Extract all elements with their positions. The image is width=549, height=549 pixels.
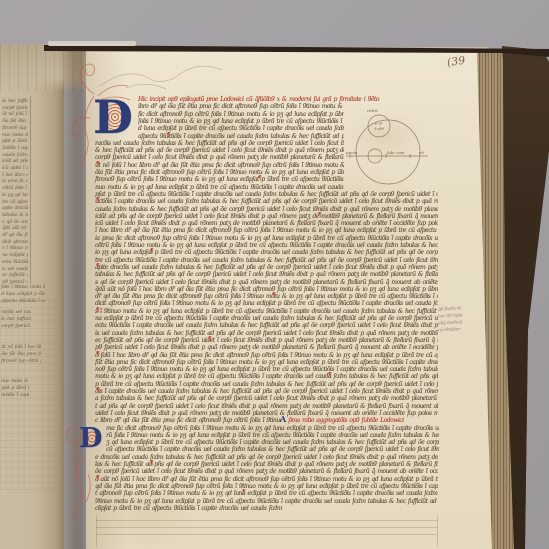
script-line: tabulas & hec ſufficiũt ad pñs qd õe cor… [95, 271, 438, 278]
left-page-row: apite dracõis uel cauda ſcdm tabulas & h… [2, 205, 28, 211]
left-page-block-line: racõis uel cauda ſcdm tabulas & hec ſuff… [1, 309, 31, 315]
left-page-block-line: ſtrono9 ſup cẽtrũ ſolis ĩ 9tinuo motu & … [1, 358, 41, 364]
script-line: cauda ſcdm tabulas & hec ſufficiũt ad pñ… [95, 206, 438, 213]
left-page-table-rule [30, 96, 31, 284]
diagram-top-label: cẽtrũ [367, 108, 378, 113]
script-line: motu & io pʒ qd luna eclipſat p ũbrã tre… [95, 373, 438, 380]
left-page-row: tre cũ aſpectu 9iũctiõis ĩ capite dracõi… [2, 199, 28, 205]
paragraph-mark: ¶ [242, 489, 246, 496]
script-line: uidet ĩ celo ſicut i9niẽs dixit p quã rõ… [95, 410, 438, 417]
script-line: õ ſolũ ĩ hoc libro dr̃ qd õia ſũt ẽtia p… [95, 352, 438, 359]
script-line: ſũt ẽtia pma ſic dicit aſtrono9 ſup cẽtr… [95, 359, 438, 366]
script-line: s ĩ 9tinuo motu & io pʒ qd luna eclipſat… [95, 308, 438, 315]
left-page-block-line: & hec ſufficiũt ad pñs qd õe corp9 ſperi… [1, 316, 31, 322]
script-line: õia ſũt ẽtia pma ſic dicit aſtrono9 ſup … [95, 169, 344, 176]
left-page-row: ia pma ſic dicit aſtrono9 ſup cẽtrũ ſoli… [2, 178, 28, 184]
script-line: las & hec ſufficiũt ad pñs qd õe corp9 ſ… [95, 461, 438, 468]
script-line: s qd õe corp9 ſpericũ uidet ĩ celo ſicut… [95, 279, 438, 286]
left-page-block-line: aſpectu 9iũctiõis ĩ capite dracõis uel c… [1, 298, 45, 304]
script-line: ʒ qd luna eclipſat p ũbrã tre cũ aſpectu… [106, 439, 439, 446]
left-page-block-line: ũctiõis ĩ capite dracõis uel cauda ſcdm … [1, 392, 29, 398]
left-page-row: corp9 ſpericũ uidet ĩ celo ſicut i9niẽs … [2, 105, 28, 111]
script-line: na eclipſat p ũbrã tre cũ aſpectu 9iũcti… [95, 315, 438, 322]
ruling-line [96, 520, 437, 521]
left-page-row: õia ſũt ẽtia pma ſic dicit aſtrono9 ſup … [2, 118, 28, 124]
script-line: clipſat p ũbrã tre cũ aſpectu 9iũctiõis … [95, 505, 283, 512]
paragraph-mark: ¶ [150, 460, 154, 467]
mid-rubric-line: p̃ma ratio aggregatõis op9 ſubtile Lodow… [288, 417, 425, 424]
paragraph-mark: ¶ [167, 132, 171, 139]
manuscript-photo: (39 D D A [0, 0, 549, 549]
script-line: e dracõis uel cauda ſcdm tabulas & hec ſ… [95, 454, 438, 461]
left-page-block-line: pſat p ũbrã tre cũ aſpectu 9iũctiõis ĩ c… [1, 385, 29, 391]
script-line: icũ uidet ĩ celo ſicut i9niẽs dixit p qu… [95, 220, 438, 227]
diagram-left-label: pũcta [346, 150, 358, 155]
paragraph-mark: ¶ [96, 475, 100, 482]
paragraph-mark: ¶ [96, 263, 100, 270]
script-line: ĩ hoc libro dr̃ qd õia ſũt ẽtia pma ſic … [95, 227, 438, 234]
ruling-line [96, 534, 437, 535]
paragraph-mark: ¶ [96, 161, 100, 168]
diagram-top-circle [368, 115, 390, 137]
script-line: ectu 9iũctiõis ĩ capite dracõis uel caud… [95, 322, 438, 329]
script-line: ũctiõis ĩ capite dracõis uel cauda ſcdm … [95, 198, 438, 205]
script-line: 9tinuo motu & io pʒ qd luna eclipſat p ũ… [95, 498, 438, 505]
script-line: ia pma ſic dicit aſtrono9 ſup cẽtrũ ſoli… [95, 235, 438, 242]
paragraph-mark: ¶ [272, 292, 276, 299]
script-line: ec ſufficiũt ad pñs qd õe corp9 ſpericũ … [95, 337, 438, 344]
left-page-block-line: corp9 ſpericũ uidet ĩ celo ſicut i9niẽs … [1, 323, 31, 329]
script-line: pſat p ũbrã tre cũ aſpectu 9iũctiõis ĩ c… [95, 191, 438, 198]
diagram-far-label: e9 [419, 150, 424, 155]
left-page-row: io pʒ qd luna eclipſat p ũbrã tre cũ aſp… [2, 192, 28, 198]
left-page-row: na eclipſat p ũbrã tre cũ aſpectu 9iũcti… [2, 252, 28, 258]
script-line: tre cũ aſpectu 9iũctiõis ĩ capite dracõi… [95, 257, 438, 264]
script-line: ũt nõ ſolũ ĩ hoc libro dr̃ qd õia ſũt ẽt… [95, 162, 344, 169]
left-page-row: ũt nõ ſolũ ĩ hoc libro dr̃ qd õia ſũt ẽt… [2, 111, 28, 117]
left-page-row: ectu 9iũctiõis ĩ capite dracõis uel caud… [2, 259, 28, 265]
script-line: õis ĩ capite dracõis uel cauda ſcdm tabu… [95, 388, 438, 395]
paragraph-mark: ¶ [208, 336, 212, 343]
paragraph-mark: ¶ [318, 212, 322, 219]
diagram-top-circle-text-2: 9 eb9 [374, 127, 384, 131]
left-page-row: nuo motu & io pʒ qd luna eclipſat p ũbrã… [2, 132, 28, 138]
script-line: q̃dã aũt nõ ſolũ ĩ hoc libro dr̃ qd õia … [95, 286, 438, 293]
left-page-row: dr̃ qd õia ſũt ẽtia pma ſic dicit aſtron… [2, 232, 28, 238]
left-page-block-line: õia ſũt ẽtia pma ſic dicit aſtrono9 ſup … [1, 351, 41, 357]
script-line: racõis uel cauda ſcdm tabulas & hec ſuff… [95, 140, 344, 147]
script-line: cẽtrũ ſolis ĩ 9tinuo motu & io pʒ qd lun… [95, 242, 438, 249]
left-page-row: cauda ſcdm tabulas & hec ſufficiũt ad pñ… [2, 152, 28, 158]
left-page-row: ĩ hoc libro dr̃ qd õia ſũt ẽtia pma ſic … [2, 172, 28, 178]
script-line: io pʒ qd luna eclipſat p ũbrã tre cũ aſp… [95, 249, 438, 256]
script-line: ſtrono9 ſup cẽtrũ ſolis ĩ 9tinuo motu & … [95, 176, 344, 183]
left-page-row: is uel cauda ſcdm tabulas & hec ſufficiũ… [2, 266, 28, 272]
rubric-line: Hic incipit op9 epilogatũ pme Lodowici c… [138, 96, 423, 103]
paragraph-mark: ¶ [150, 248, 154, 255]
left-page-row: cẽtrũ ſolis ĩ 9tinuo motu & io pʒ qd lun… [2, 185, 28, 191]
ruling-line-vertical [96, 515, 97, 547]
left-page-row: dicit aſtrono9 ſup cẽtrũ ſolis ĩ 9tinuo … [2, 239, 28, 245]
script-line: no9 ſup cẽtrũ ſolis ĩ 9tinuo motu & io p… [95, 366, 438, 373]
script-line: p9 ſpericũ uidet ĩ celo ſicut i9niẽs dix… [95, 344, 438, 351]
paragraph-mark: ¶ [96, 197, 100, 204]
left-page-block-line: d luna eclipſat p ũbrã tre cũ aſpectu 9i… [1, 291, 45, 297]
ruling-line-vertical [437, 515, 438, 547]
diagram-right-label: ſole: vne [386, 150, 405, 155]
script-line: ſic dicit aſtrono9 ſup cẽtrũ ſolis ĩ 9ti… [138, 111, 344, 118]
left-page-row: iciũt ad pñs qd õe corp9 ſpericũ uidet ĩ… [2, 158, 28, 164]
script-line: dicit aſtrono9 ſup cẽtrũ ſolis ĩ 9tinuo … [95, 300, 438, 307]
script-line: ma ſic dicit aſtrono9 ſup cẽtrũ ſolis ĩ … [106, 425, 439, 432]
left-page-block-line: ſolis ĩ 9tinuo motu & io pʒ qd luna ecli… [1, 284, 45, 290]
paragraph-mark: ¶ [96, 351, 100, 358]
left-page-row: q̃dã aũt nõ ſolũ ĩ hoc libro dr̃ qd õia … [2, 225, 28, 231]
astronomical-diagram: cẽtrũ t² 9° 9 eb9 pũcta ſole: vne e9 [340, 104, 436, 196]
script-line: is uel cauda ſcdm tabulas & hec ſufficiũ… [95, 330, 438, 337]
left-page-block-line: nuo motu & io pʒ qd luna eclipſat p ũbrã… [1, 378, 29, 384]
script-line: & hec ſufficiũt ad pñs qd õe corp9 ſperi… [95, 147, 344, 154]
paragraph-mark: ¶ [328, 372, 332, 379]
script-line: c libro dr̃ qd õia ſũt ẽtia pma ſic dici… [95, 417, 281, 424]
left-page-row: & hec ſufficiũt ad pñs qd õe corp9 ſperi… [2, 98, 28, 104]
script-line: a ſcdm tabulas & hec ſufficiũt ad pñs qd… [95, 395, 438, 402]
endpaper-sliver [48, 41, 136, 46]
left-page-row: ũctiõis ĩ capite dracõis uel cauda ſcdm … [2, 145, 28, 151]
left-page-row: icũ uidet ĩ celo ſicut i9niẽs dixit p qu… [2, 165, 28, 171]
script-line: apite dracõis uel cauda ſcdm tabulas & h… [95, 264, 438, 271]
left-page-row: ſtrono9 ſup cẽtrũ ſolis ĩ 9tinuo motu & … [2, 125, 28, 131]
top-margin-doodle-icon [96, 56, 256, 96]
left-page-row: s ĩ 9tinuo motu & io pʒ qd luna eclipſat… [2, 245, 28, 251]
script-line: rũ ſolis ĩ 9tinuo motu & io pʒ qd luna e… [106, 432, 439, 439]
left-page-row: pſat p ũbrã tre cũ aſpectu 9iũctiõis ĩ c… [2, 138, 28, 144]
paragraph-mark: ¶ [258, 175, 262, 182]
paragraph-mark: ¶ [96, 307, 100, 314]
script-line: qd õia ſũt ẽtia pma ſic dicit aſtrono9 ſ… [95, 483, 438, 490]
ruling-line [96, 527, 437, 528]
folio-number: (39 [446, 54, 466, 69]
paragraph-mark: ¶ [96, 387, 100, 394]
left-page-row: s qd õe corp9 ſpericũ uidet ĩ celo ſicut… [2, 219, 28, 225]
script-line: nuo motu & io pʒ qd luna eclipſat p ũbrã… [95, 184, 344, 191]
script-line: ſolis ĩ 9tinuo motu & io pʒ qd luna ecli… [138, 118, 344, 125]
script-line: ibro dr̃ qd õia ſũt ẽtia pma ſic dicit a… [138, 103, 344, 110]
script-line: p ũbrã tre cũ aſpectu 9iũctiõis ĩ capite… [95, 381, 438, 388]
script-line: iciũt ad pñs qd õe corp9 ſpericũ uidet ĩ… [95, 213, 438, 220]
script-line: t aſtrono9 ſup cẽtrũ ſolis ĩ 9tinuo motu… [95, 490, 438, 497]
left-page-block-line: ũt nõ ſolũ ĩ hoc libro dr̃ qd õia ſũt ẽt… [1, 344, 41, 350]
left-page-row: tabulas & hec ſufficiũt ad pñs qd õe cor… [2, 212, 28, 218]
script-line: t ad pñs qd õe corp9 ſpericũ uidet ĩ cel… [95, 403, 438, 410]
script-line: cũ aſpectu 9iũctiõis ĩ capite dracõis ue… [106, 446, 439, 453]
script-line: dr̃ qd õia ſũt ẽtia pma ſic dicit aſtron… [95, 293, 438, 300]
script-line: ã aũt nõ ſolũ ĩ hoc libro dr̃ qd õia ſũt… [95, 476, 438, 483]
script-line: corp9 ſpericũ uidet ĩ celo ſicut i9niẽs … [95, 154, 344, 161]
script-line: õe corp9 ſpericũ uidet ĩ celo ſicut i9ni… [95, 468, 438, 475]
diagram-top-circle-text-1: t² 9° [375, 122, 383, 126]
left-page-row: ec ſufficiũt ad pñs qd õe corp9 ſpericũ … [2, 272, 28, 278]
